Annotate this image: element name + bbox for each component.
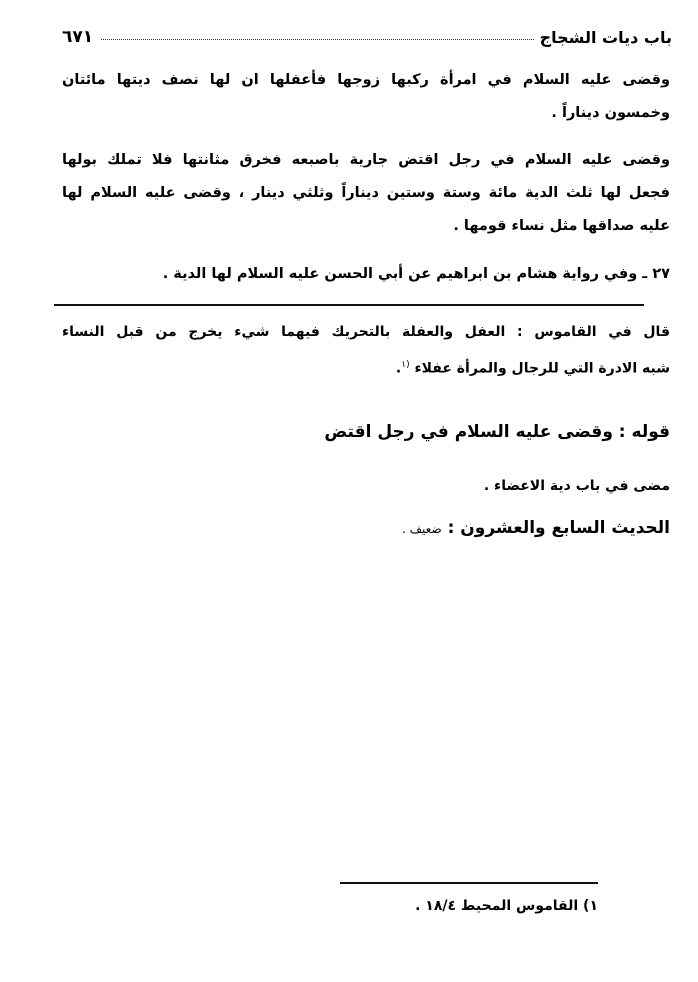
footnote-divider [340,882,598,884]
hadith-number: ٢٧ [652,266,670,282]
footnote-number: ١) [583,898,598,914]
book-page: باب ديات الشجاج ٦٧١ وقضى عليه السلام في … [0,0,698,982]
text-line: قال في القاموس : العفل والعفلة بالتحريك … [62,316,670,349]
footnote-text: القاموس المحيط ١٨/٤ . [415,898,578,914]
commentary-text: مضى في باب دية الاعضاء . [62,470,670,503]
text-line: وقضى عليه السلام في امرأة ركبها زوجها فأ… [62,64,670,97]
footnote-1: ١) القاموس المحيط ١٨/٤ . [340,898,598,914]
commentary-qamus: قال في القاموس : العفل والعفلة بالتحريك … [62,316,670,386]
hadith-paragraph-27: ٢٧ ـ وفي رواية هشام بن ابراهيم عن أبي ال… [62,258,670,291]
commentary-heading-qawluhu: قوله : وقضى عليه السلام في رجل اقتض [70,422,670,442]
footnote-reference[interactable]: (١ [401,360,409,370]
section-divider [54,304,644,306]
text-line: شبه الادرة التي للرجال والمرأة عفلاء (١. [62,349,670,386]
hadith-paragraph-1: وقضى عليه السلام في امرأة ركبها زوجها فأ… [62,64,670,130]
chapter-title: باب ديات الشجاج [534,28,672,47]
text-line: ٢٧ ـ وفي رواية هشام بن ابراهيم عن أبي ال… [62,258,670,291]
hadith-grade: ضعيف . [402,522,442,536]
hadith-text: ـ وفي رواية هشام بن ابراهيم عن أبي الحسن… [163,266,648,282]
hadith-27-grade: الحديث السابع والعشرون : ضعيف . [70,518,670,538]
text-fragment: شبه الادرة التي للرجال والمرأة عفلاء [414,361,670,377]
text-line: وقضى عليه السلام في رجل اقتض جارية باصبع… [62,144,670,177]
header-dotted-leader [101,39,533,40]
page-number: ٦٧١ [62,27,101,47]
text-line: مضى في باب دية الاعضاء . [62,470,670,503]
text-line: وخمسون ديناراً . [62,97,670,130]
text-line: عليه صداقها مثل نساء قومها . [62,210,670,243]
hadith-label: الحديث السابع والعشرون : [448,518,670,538]
text-line: فجعل لها ثلث الدية مائة وستة وستين دينار… [62,177,670,210]
hadith-paragraph-2: وقضى عليه السلام في رجل اقتض جارية باصبع… [62,144,670,243]
running-header: باب ديات الشجاج ٦٧١ [62,24,672,50]
